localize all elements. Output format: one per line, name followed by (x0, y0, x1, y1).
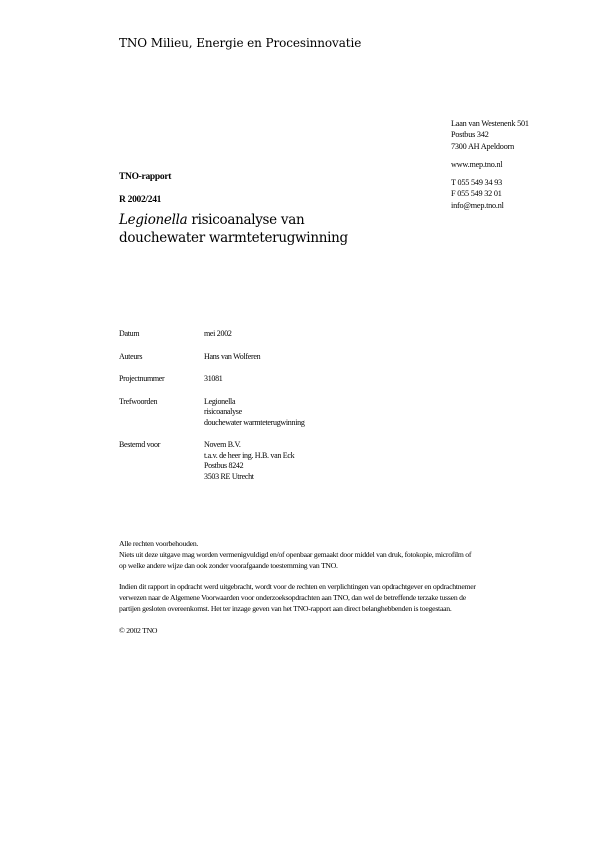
legal-notice: Alle rechten voorbehouden. Niets uit dez… (119, 539, 479, 637)
address-city: 7300 AH Apeldoorn (451, 141, 529, 152)
rights-reserved: Alle rechten voorbehouden. (119, 539, 479, 550)
recipient-label: Bestemd voor (119, 440, 204, 482)
keyword: douchewater warmteterugwinning (204, 418, 305, 429)
copy-notice: Niets uit deze uitgave mag worden vermen… (119, 550, 479, 572)
organization-name: TNO Milieu, Energie en Procesinnovatie (119, 36, 361, 50)
recipient-line: Novem B.V. (204, 440, 294, 451)
report-number: R 2002/241 (119, 195, 161, 205)
address-block: Laan van Westenenk 501 Postbus 342 7300 … (451, 118, 529, 211)
phone-number: T 055 549 34 93 (451, 177, 529, 188)
authors-label: Auteurs (119, 352, 204, 363)
fax-number: F 055 549 32 01 (451, 188, 529, 199)
recipient-line: Postbus 8242 (204, 461, 294, 472)
email-link[interactable]: info@mep.tno.nl (451, 200, 529, 211)
date-value: mei 2002 (204, 329, 232, 340)
authors-value: Hans van Wolferen (204, 352, 260, 363)
address-pobox: Postbus 342 (451, 129, 529, 140)
project-value: 31081 (204, 374, 223, 385)
keywords-list: Legionella risicoanalyse douchewater war… (204, 397, 305, 429)
metadata-table: Datum mei 2002 Auteurs Hans van Wolferen… (119, 329, 305, 482)
recipient-line: t.a.v. de heer ing. H.B. van Eck (204, 451, 294, 462)
keyword: risicoanalyse (204, 407, 305, 418)
report-title: Legionella risicoanalyse van douchewater… (119, 211, 348, 247)
title-line2: douchewater warmteterugwinning (119, 229, 348, 247)
title-rest: risicoanalyse van (187, 212, 304, 228)
commission-notice: Indien dit rapport in opdracht werd uitg… (119, 582, 479, 614)
date-label: Datum (119, 329, 204, 340)
website-link[interactable]: www.mep.tno.nl (451, 159, 529, 170)
report-type: TNO-rapport (119, 172, 171, 182)
recipient-address: Novem B.V. t.a.v. de heer ing. H.B. van … (204, 440, 294, 482)
address-street: Laan van Westenenk 501 (451, 118, 529, 129)
title-italic: Legionella (119, 212, 187, 228)
project-label: Projectnummer (119, 374, 204, 385)
keywords-label: Trefwoorden (119, 397, 204, 429)
recipient-line: 3503 RE Utrecht (204, 472, 294, 483)
copyright: © 2002 TNO (119, 626, 479, 637)
keyword: Legionella (204, 397, 305, 408)
